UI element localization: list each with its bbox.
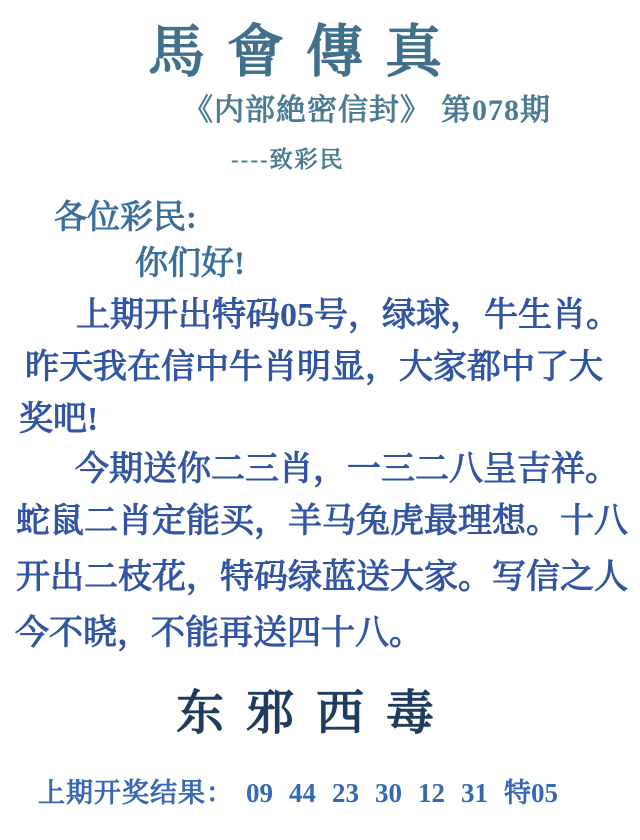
result-number: 12 xyxy=(418,780,445,807)
result-number: 31 xyxy=(461,780,488,807)
letter-line-2: 昨天我在信中牛肖明显，大家都中了大 xyxy=(25,351,603,385)
result-number: 23 xyxy=(332,780,359,807)
letter-line-5: 蛇鼠二肖定能买，羊马兔虎最理想。十八 xyxy=(16,505,628,539)
result-number: 44 xyxy=(289,780,316,807)
result-number: 09 xyxy=(246,780,273,807)
special-number: 特05 xyxy=(504,780,558,807)
signature: 东邪西毒 xyxy=(176,690,456,738)
letter-line-4: 今期送你二三肖，一三二八呈吉祥。 xyxy=(75,453,619,487)
letter-line-7: 今不晓，不能再送四十八。 xyxy=(15,617,423,651)
dedication-line: ----致彩民 xyxy=(231,148,345,171)
letter-line-6: 开出二枝花，特码绿蓝送大家。写信之人 xyxy=(16,561,628,595)
subtitle: 《内部絶密信封》第078期 xyxy=(183,96,551,126)
letter-line-1: 上期开出特码05号，绿球，牛生肖。 xyxy=(76,299,620,333)
subtitle-envelope: 《内部絶密信封》 xyxy=(183,94,431,127)
letter-line-3: 奖吧! xyxy=(19,403,98,437)
result-label: 上期开奖结果： xyxy=(38,780,234,807)
salutation: 各位彩民: xyxy=(54,202,197,235)
page-title: 馬會傳真 xyxy=(148,24,464,81)
greeting: 你们好! xyxy=(135,248,245,281)
result-number: 30 xyxy=(375,780,402,807)
fax-document: 馬會傳真 《内部絶密信封》第078期 ----致彩民 各位彩民: 你们好! 上期… xyxy=(0,0,640,840)
previous-result-line: 上期开奖结果： 09 44 23 30 12 31 特05 xyxy=(38,780,558,807)
issue-number: 第078期 xyxy=(441,94,551,127)
